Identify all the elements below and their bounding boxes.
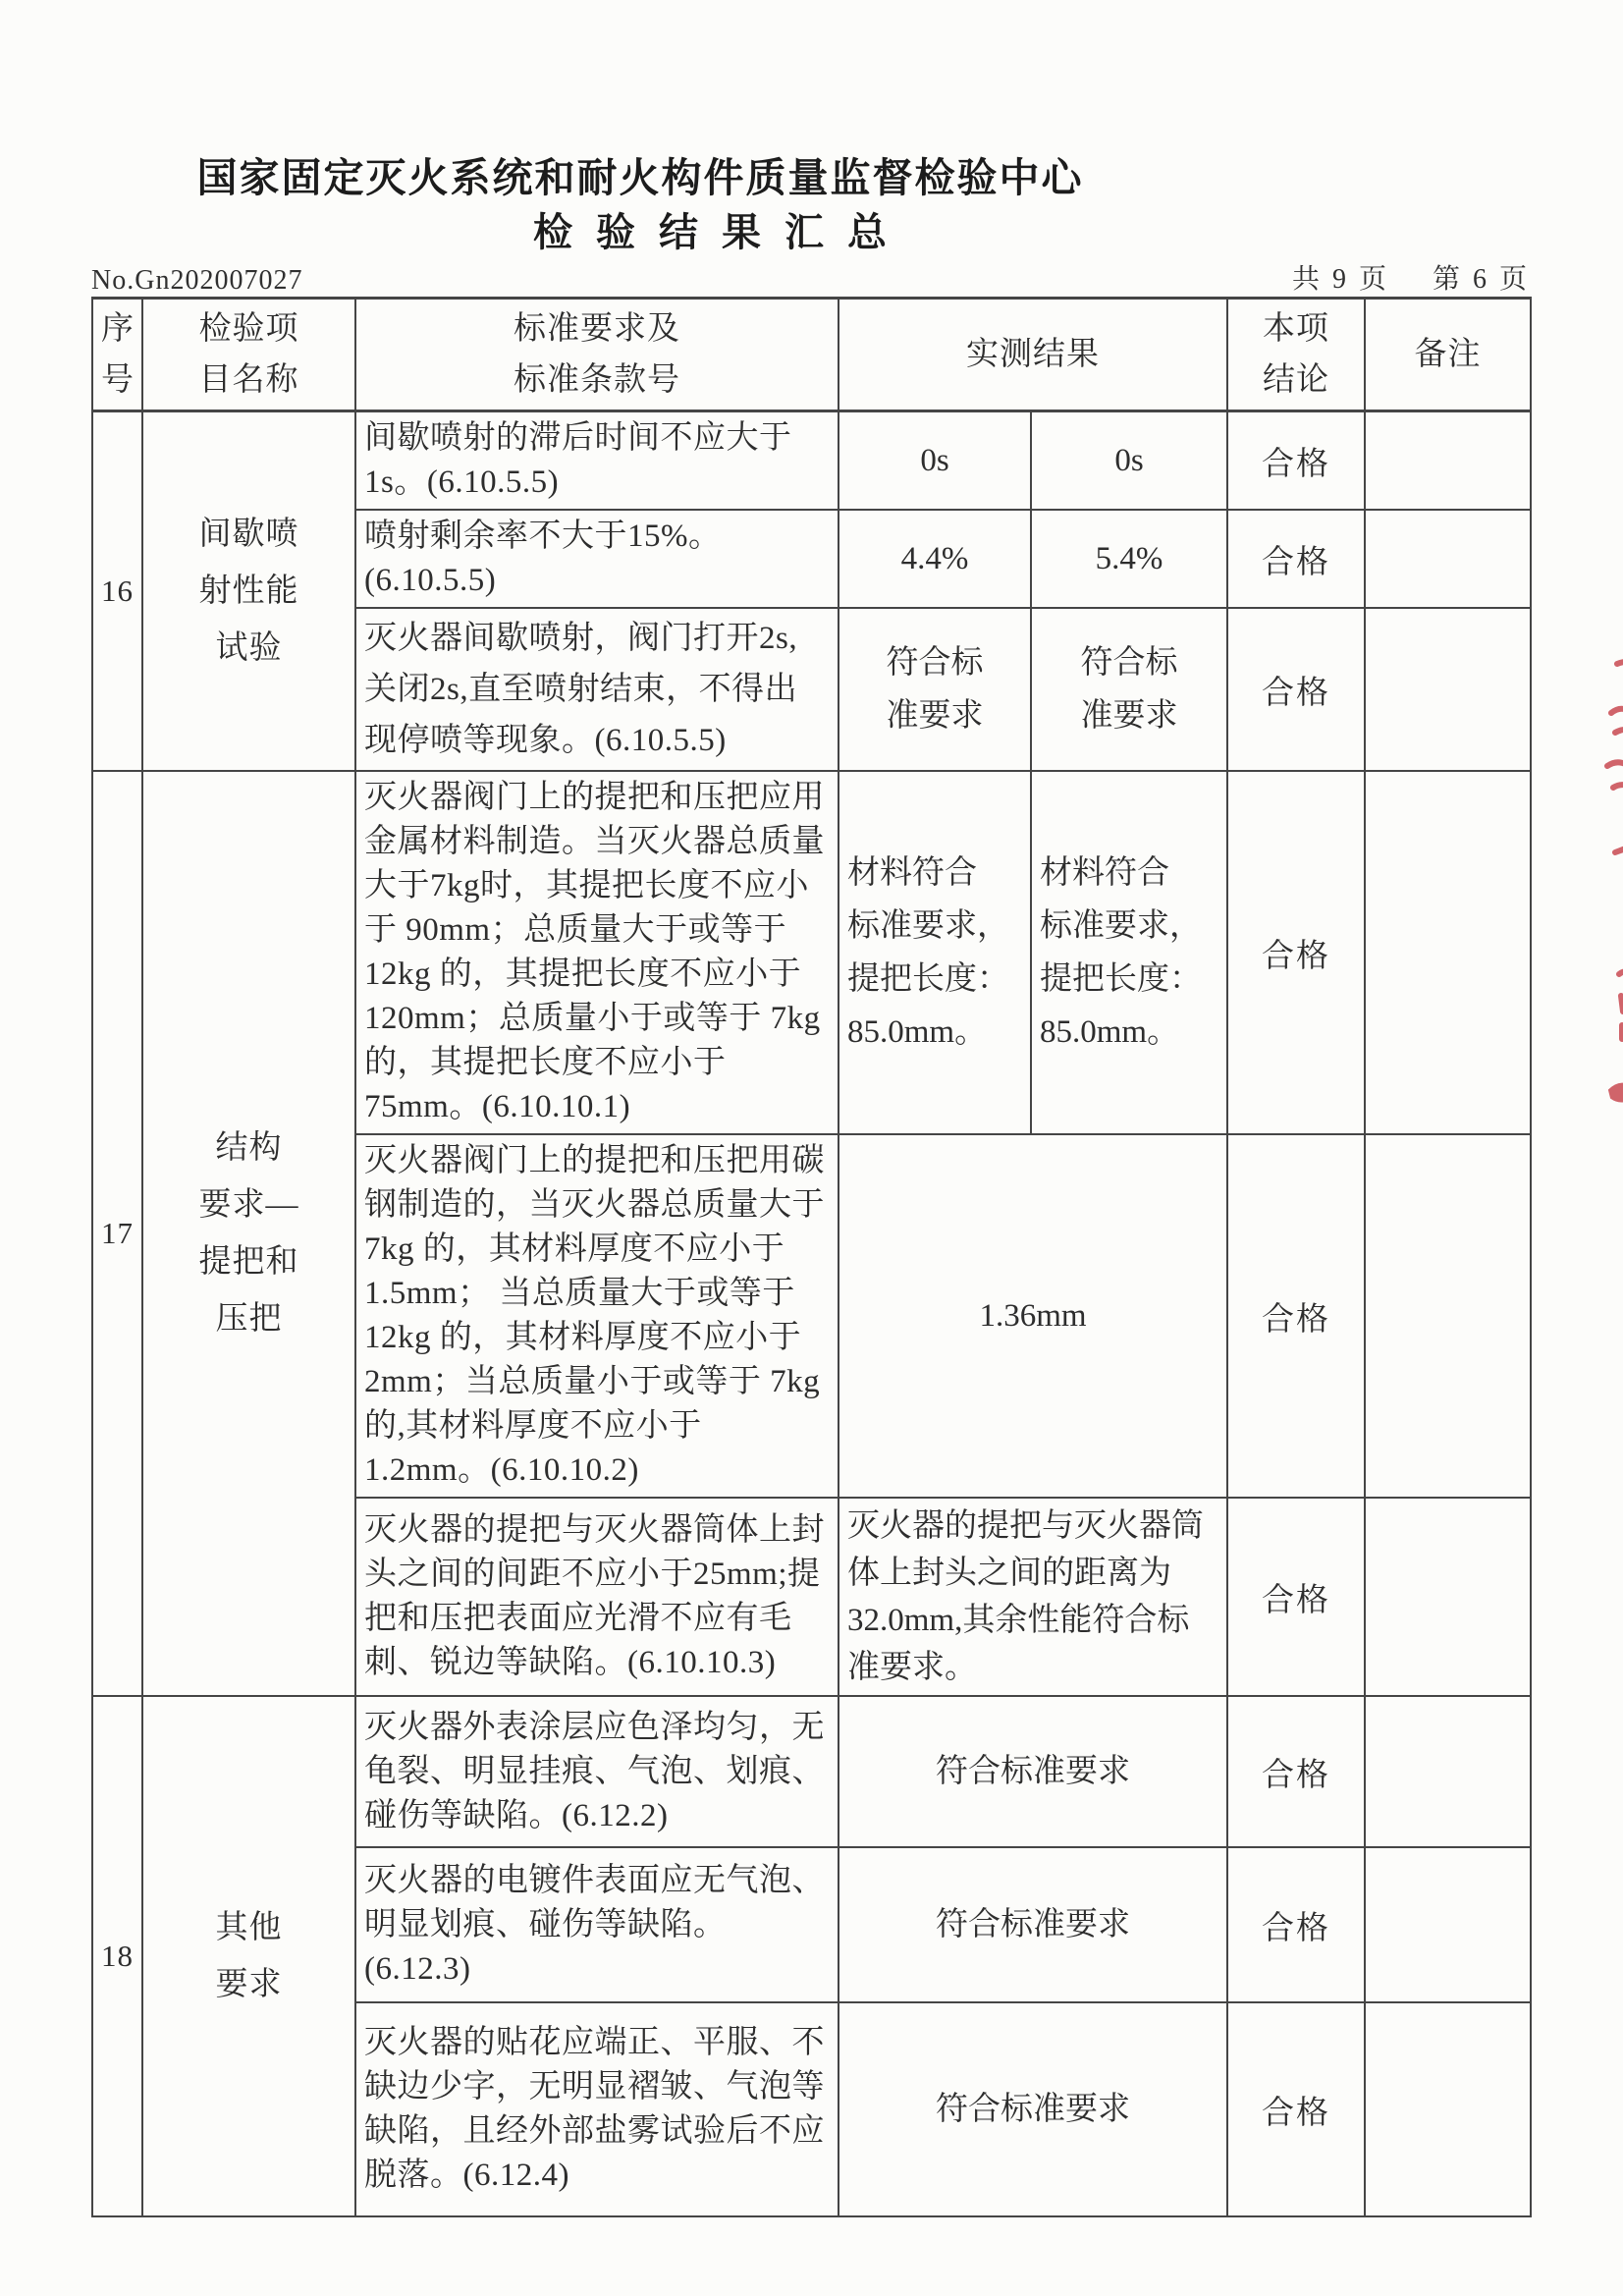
result-16-1-a: 0s: [839, 411, 1031, 511]
seq-17: 17: [92, 771, 142, 1696]
item-18: 其他 要求: [142, 1696, 355, 2216]
red-handwriting-marks-icon: [1597, 650, 1623, 1121]
requirement-17-3: 灭火器的提把与灭火器筒体上封头之间的间距不应小于25mm;提把和压把表面应光滑不…: [355, 1498, 839, 1696]
result-17-1-b: 材料符合 标准要求， 提把长度： 85.0mm。: [1031, 771, 1227, 1134]
note-16-2: [1365, 510, 1531, 608]
report-number: No.Gn202007027: [91, 265, 302, 297]
requirement-17-1: 灭火器阀门上的提把和压把应用金属材料制造。当灭火器总质量大于7kg时，其提把长度…: [355, 771, 839, 1134]
header-item: 检验项 目名称: [142, 299, 355, 411]
seq-16: 16: [92, 411, 142, 772]
meta-row: No.Gn202007027 共 9 页 第 6 页: [91, 257, 1530, 297]
item-16: 间歇喷 射性能 试验: [142, 411, 355, 772]
header-requirement: 标准要求及 标准条款号: [355, 299, 839, 411]
result-16-1-b: 0s: [1031, 411, 1227, 511]
table-row: 17 结构 要求— 提把和 压把 灭火器阀门上的提把和压把应用金属材料制造。当灭…: [92, 771, 1531, 1134]
requirement-16-3: 灭火器间歇喷射，阀门打开2s,关闭2s,直至喷射结束，不得出现停喷等现象。(6.…: [355, 608, 839, 771]
result-17-1-a: 材料符合 标准要求， 提把长度： 85.0mm。: [839, 771, 1031, 1134]
conclusion-16-2: 合格: [1227, 510, 1365, 608]
inspection-result-table: 序 号 检验项 目名称 标准要求及 标准条款号 实测结果 本项 结论 备注 16…: [91, 297, 1532, 2217]
conclusion-17-1: 合格: [1227, 771, 1365, 1134]
requirement-17-2: 灭火器阀门上的提把和压把用碳钢制造的，当灭火器总质量大于7kg 的，其材料厚度不…: [355, 1134, 839, 1498]
table-row: 18 其他 要求 灭火器外表涂层应色泽均匀，无龟裂、明显挂痕、气泡、划痕、碰伤等…: [92, 1696, 1531, 1847]
page-info: 共 9 页 第 6 页: [1292, 257, 1530, 297]
requirement-16-1: 间歇喷射的滞后时间不应大于1s。(6.10.5.5): [355, 411, 839, 511]
header-seq: 序 号: [92, 299, 142, 411]
conclusion-18-2: 合格: [1227, 1847, 1365, 2002]
requirement-18-2: 灭火器的电镀件表面应无气泡、明显划痕、碰伤等缺陷。 (6.12.3): [355, 1847, 839, 2002]
result-16-2-a: 4.4%: [839, 510, 1031, 608]
conclusion-16-1: 合格: [1227, 411, 1365, 511]
conclusion-18-3: 合格: [1227, 2002, 1365, 2216]
page-total: 共 9 页: [1292, 257, 1389, 297]
result-16-2-b: 5.4%: [1031, 510, 1227, 608]
header-conclusion: 本项 结论: [1227, 299, 1365, 411]
conclusion-18-1: 合格: [1227, 1696, 1365, 1847]
note-17-3: [1365, 1498, 1531, 1696]
seq-18: 18: [92, 1696, 142, 2216]
table-header-row: 序 号 检验项 目名称 标准要求及 标准条款号 实测结果 本项 结论 备注: [92, 299, 1531, 411]
result-18-2: 符合标准要求: [839, 1847, 1227, 2002]
result-18-3: 符合标准要求: [839, 2002, 1227, 2216]
result-16-3-b: 符合标 准要求: [1031, 608, 1227, 771]
conclusion-17-2: 合格: [1227, 1134, 1365, 1498]
requirement-18-3: 灭火器的贴花应端正、平服、不缺边少字，无明显褶皱、气泡等缺陷，且经外部盐雾试验后…: [355, 2002, 839, 2216]
table-row: 16 间歇喷 射性能 试验 间歇喷射的滞后时间不应大于1s。(6.10.5.5)…: [92, 411, 1531, 511]
page-current: 第 6 页: [1433, 257, 1530, 297]
conclusion-16-3: 合格: [1227, 608, 1365, 771]
requirement-16-2: 喷射剩余率不大于15%。 (6.10.5.5): [355, 510, 839, 608]
note-16-3: [1365, 608, 1531, 771]
header-note: 备注: [1365, 299, 1531, 411]
requirement-18-1: 灭火器外表涂层应色泽均匀，无龟裂、明显挂痕、气泡、划痕、碰伤等缺陷。(6.12.…: [355, 1696, 839, 1847]
header-measured: 实测结果: [839, 299, 1227, 411]
note-17-1: [1365, 771, 1531, 1134]
result-17-3: 灭火器的提把与灭火器筒体上封头之间的距离为32.0mm,其余性能符合标准要求。: [839, 1498, 1227, 1696]
note-18-1: [1365, 1696, 1531, 1847]
note-18-2: [1365, 1847, 1531, 2002]
conclusion-17-3: 合格: [1227, 1498, 1365, 1696]
result-17-2: 1.36mm: [839, 1134, 1227, 1498]
page-subtitle: 检验结果汇总: [0, 201, 1443, 257]
result-18-1: 符合标准要求: [839, 1696, 1227, 1847]
note-17-2: [1365, 1134, 1531, 1498]
note-16-1: [1365, 411, 1531, 511]
note-18-3: [1365, 2002, 1531, 2216]
result-16-3-a: 符合标 准要求: [839, 608, 1031, 771]
page-title: 国家固定灭火系统和耐火构件质量监督检验中心: [0, 145, 1280, 203]
item-17: 结构 要求— 提把和 压把: [142, 771, 355, 1696]
